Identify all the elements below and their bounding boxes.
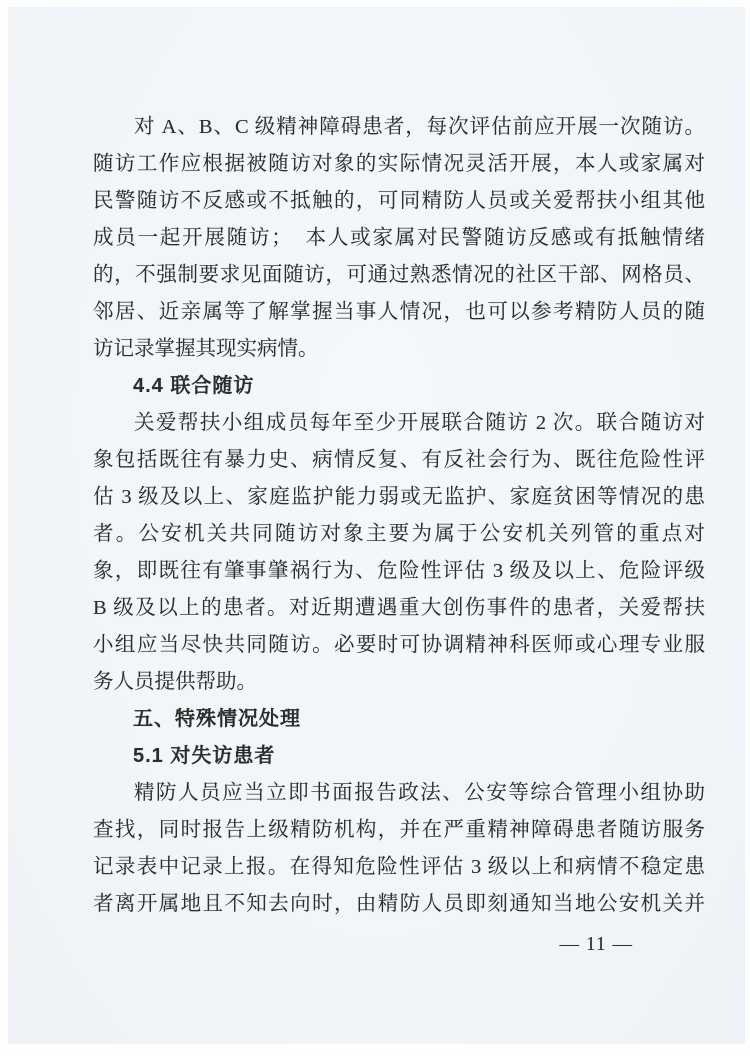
text-line: 象，即既往有肇事肇祸行为、危险性评估 3 级及以上、危险评级 bbox=[93, 553, 705, 590]
text-line: 者。公安机关共同随访对象主要为属于公安机关列管的重点对 bbox=[93, 516, 705, 553]
text-line: 象包括既往有暴力史、病情反复、有反社会行为、既往危险性评 bbox=[93, 442, 705, 479]
document-page: 对 A、B、C 级精神障碍患者，每次评估前应开展一次随访。随访工作应根据被随访对… bbox=[8, 7, 745, 1044]
text-line: 对 A、B、C 级精神障碍患者，每次评估前应开展一次随访。 bbox=[93, 109, 705, 146]
text-line: 估 3 级及以上、家庭监护能力弱或无监护、家庭贫困等情况的患 bbox=[93, 479, 705, 516]
text-line: 精防人员应当立即书面报告政法、公安等综合管理小组协助 bbox=[93, 775, 705, 812]
text-line: 邻居、近亲属等了解掌握当事人情况，也可以参考精防人员的随 bbox=[93, 294, 705, 331]
text-line: 务人员提供帮助。 bbox=[93, 664, 705, 701]
section-heading: 4.4 联合随访 bbox=[93, 368, 705, 405]
text-line: 关爱帮扶小组成员每年至少开展联合随访 2 次。联合随访对 bbox=[93, 405, 705, 442]
text-line: 查找，同时报告上级精防机构，并在严重精神障碍患者随访服务 bbox=[93, 812, 705, 849]
text-line: 者离开属地且不知去向时，由精防人员即刻通知当地公安机关并 bbox=[93, 886, 705, 923]
text-line: 的，不强制要求见面随访，可通过熟悉情况的社区干部、网格员、 bbox=[93, 257, 705, 294]
text-line: 访记录掌握其现实病情。 bbox=[93, 331, 705, 368]
text-line: 随访工作应根据被随访对象的实际情况灵活开展，本人或家属对 bbox=[93, 146, 705, 183]
text-line: 民警随访不反感或不抵触的，可同精防人员或关爱帮扶小组其他 bbox=[93, 183, 705, 220]
text-line: 成员一起开展随访； 本人或家属对民警随访反感或有抵触情绪 bbox=[93, 220, 705, 257]
text-line: 记录表中记录上报。在得知危险性评估 3 级以上和病情不稳定患 bbox=[93, 849, 705, 886]
page-body: 对 A、B、C 级精神障碍患者，每次评估前应开展一次随访。随访工作应根据被随访对… bbox=[93, 109, 705, 923]
text-line: 小组应当尽快共同随访。必要时可协调精神科医师或心理专业服 bbox=[93, 627, 705, 664]
section-heading: 5.1 对失访患者 bbox=[93, 738, 705, 775]
text-line: B 级及以上的患者。对近期遭遇重大创伤事件的患者，关爱帮扶 bbox=[93, 590, 705, 627]
page-number: — 11 — bbox=[559, 932, 633, 958]
section-heading: 五、特殊情况处理 bbox=[93, 701, 705, 738]
